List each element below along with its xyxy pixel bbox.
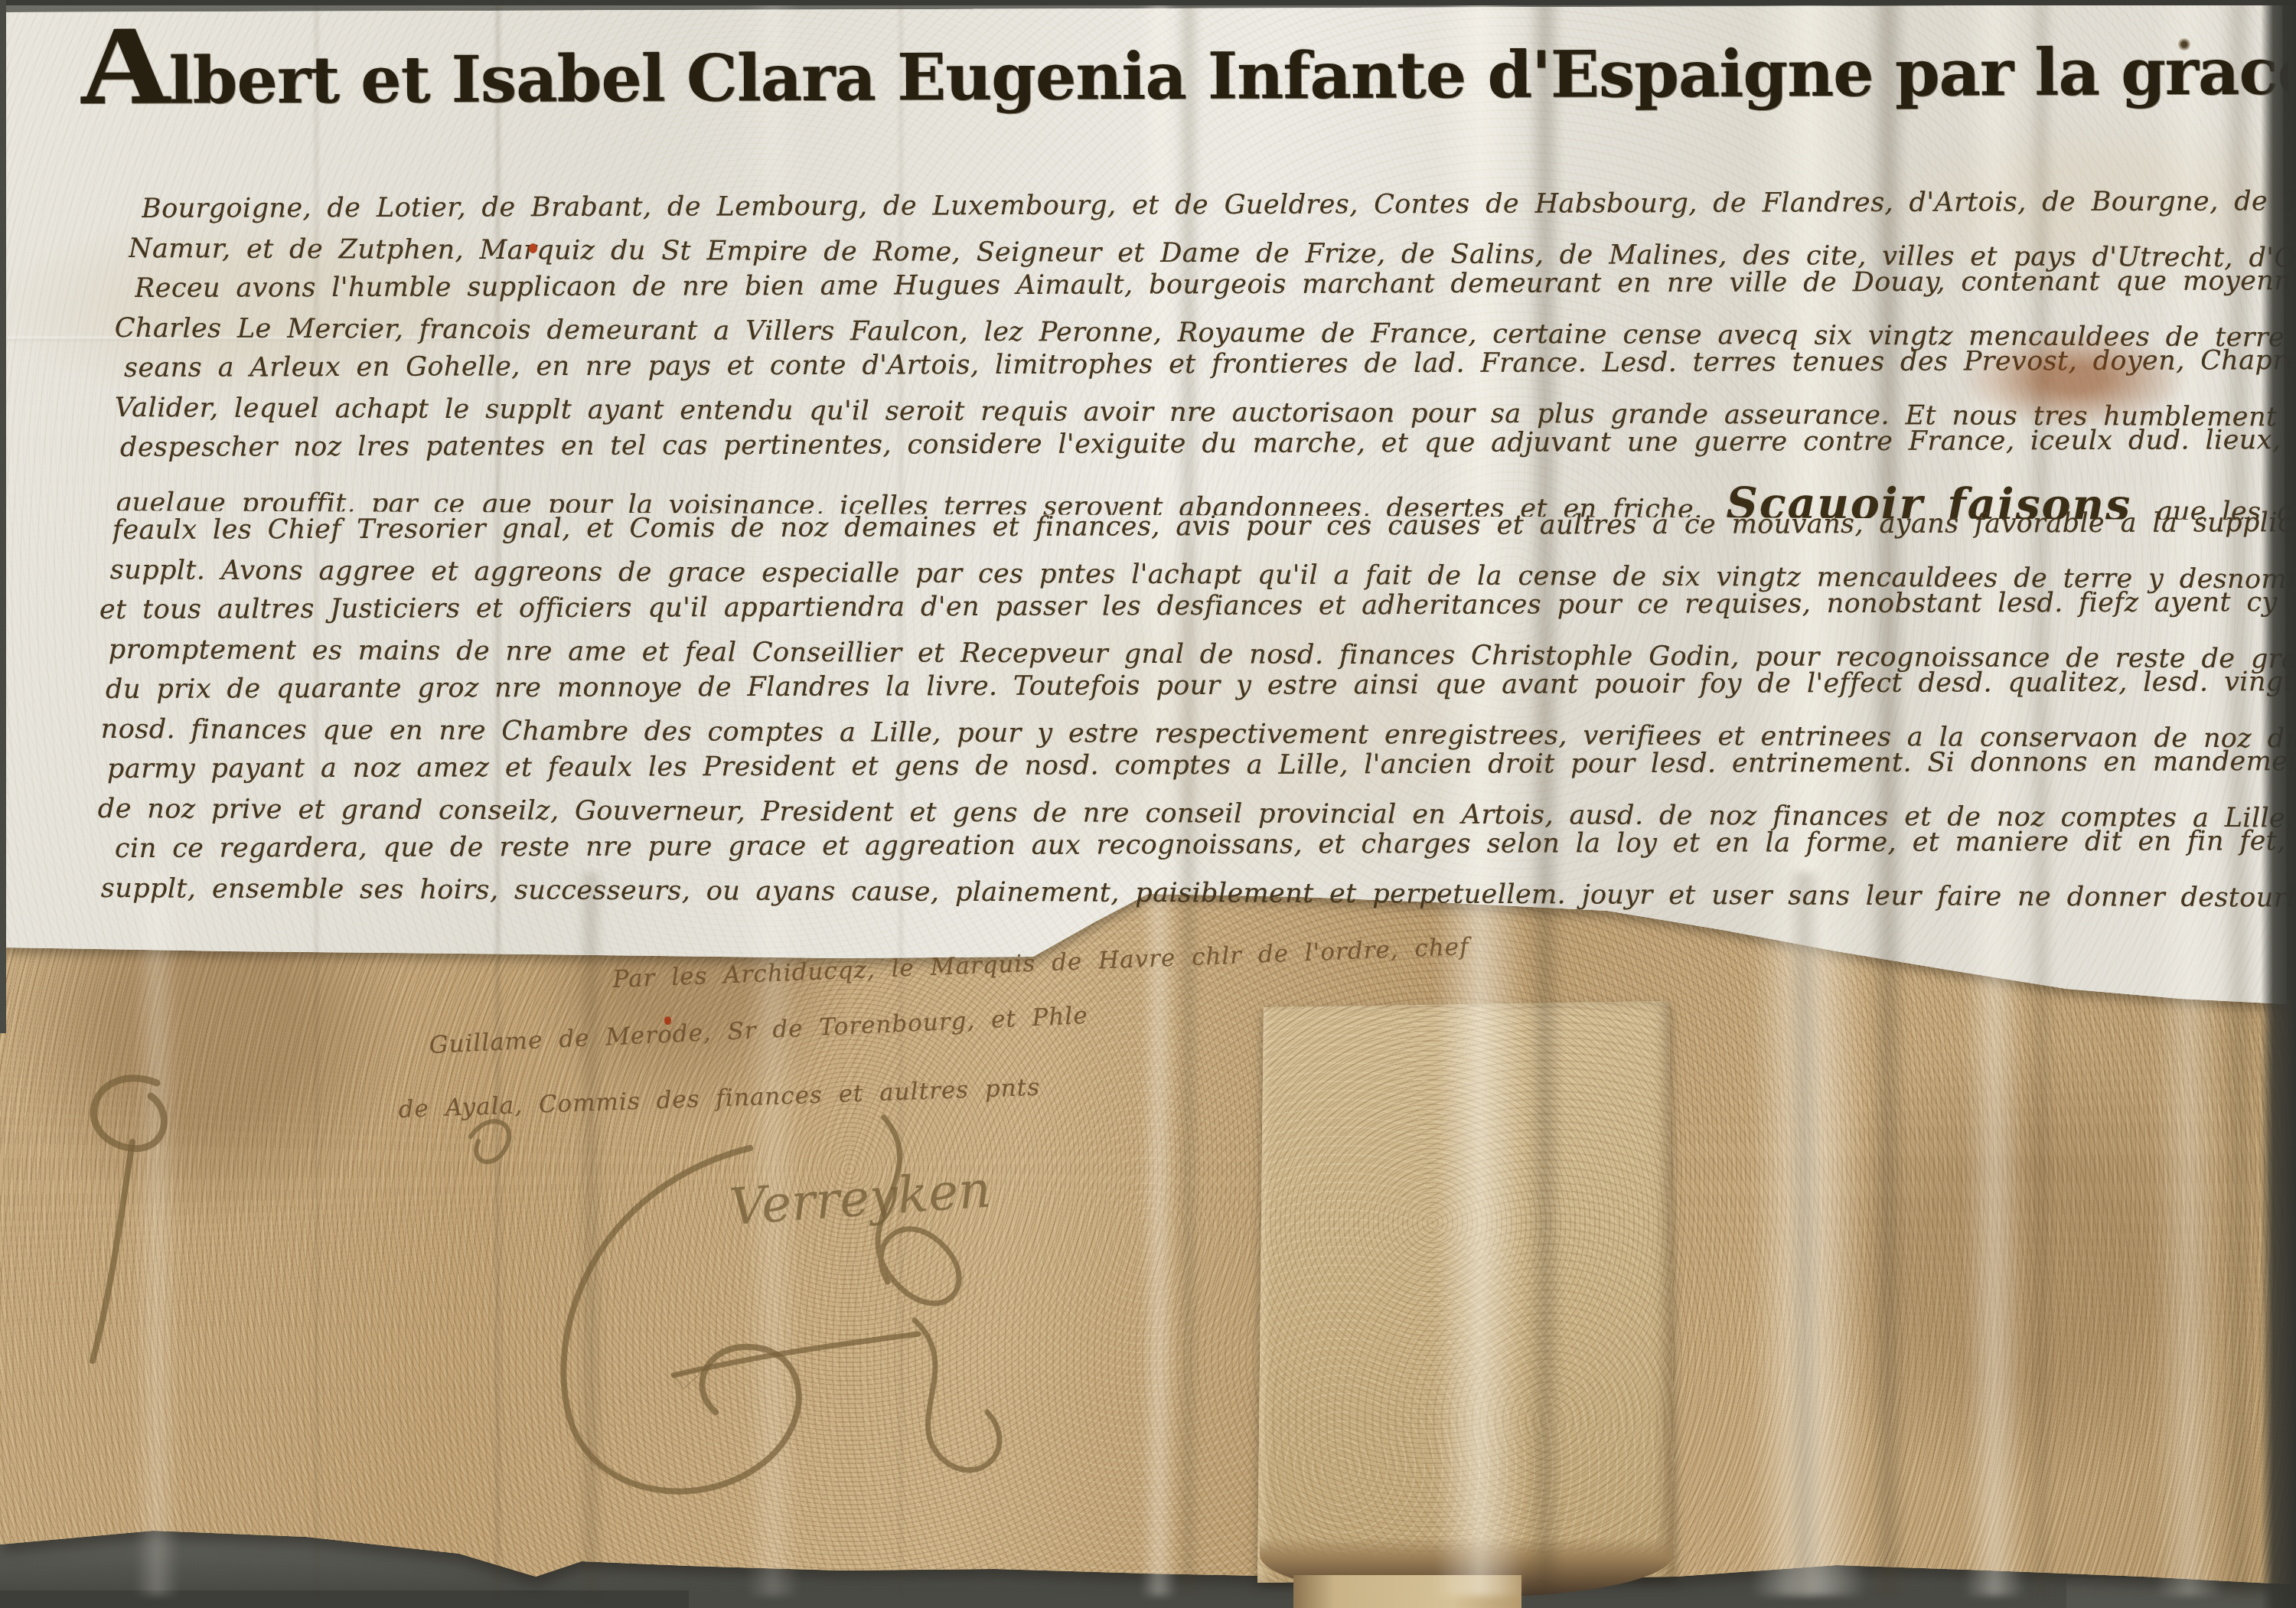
red-wax-dot [664, 1016, 671, 1025]
scan-edge-top [0, 0, 2296, 5]
body-line: du prix de quarante groz nre monnoye de … [106, 667, 2296, 714]
body-line: feaulx les Chief Tresorier gnal, et Comi… [113, 507, 2296, 555]
fold-ridge [2154, 0, 2223, 1596]
scan-edge-left [0, 0, 6, 1033]
scan-edge-right [2261, 0, 2296, 1608]
fold-shadow [2028, 0, 2054, 1596]
fold-ridge [1964, 0, 2025, 1596]
fold-shadow [1869, 0, 1907, 1596]
manuscript-scan: Albert et Isabel Clara Eugenia Infante d… [0, 0, 2296, 1608]
red-wax-dot [529, 243, 537, 253]
fold-shadow [2222, 0, 2255, 1596]
body-line: parmy payant a noz amez et feaulx les Pr… [107, 746, 2296, 794]
body-line: Bourgoigne, de Lotier, de Brabant, de Le… [142, 186, 2296, 233]
body-line: despescher noz lres patentes en tel cas … [120, 425, 2296, 472]
body-line: et tous aultres Justiciers et officiers … [99, 587, 2296, 634]
paraph-flourish [42, 1049, 210, 1385]
body-line: cin ce regardera, que de reste nre pure … [115, 826, 2296, 873]
charter-title: Albert et Isabel Clara Eugenia Infante d… [80, 19, 2289, 144]
plica-fold-shadow [1788, 872, 1821, 1596]
body-line: Receu avons l'humble supplicaon de nre b… [135, 266, 2296, 313]
parchment-hole [2178, 38, 2190, 51]
signature-name: Verreyken [728, 1160, 993, 1237]
signature-flourish: Verreyken [276, 1091, 1156, 1542]
rust-stain [1959, 329, 2189, 429]
